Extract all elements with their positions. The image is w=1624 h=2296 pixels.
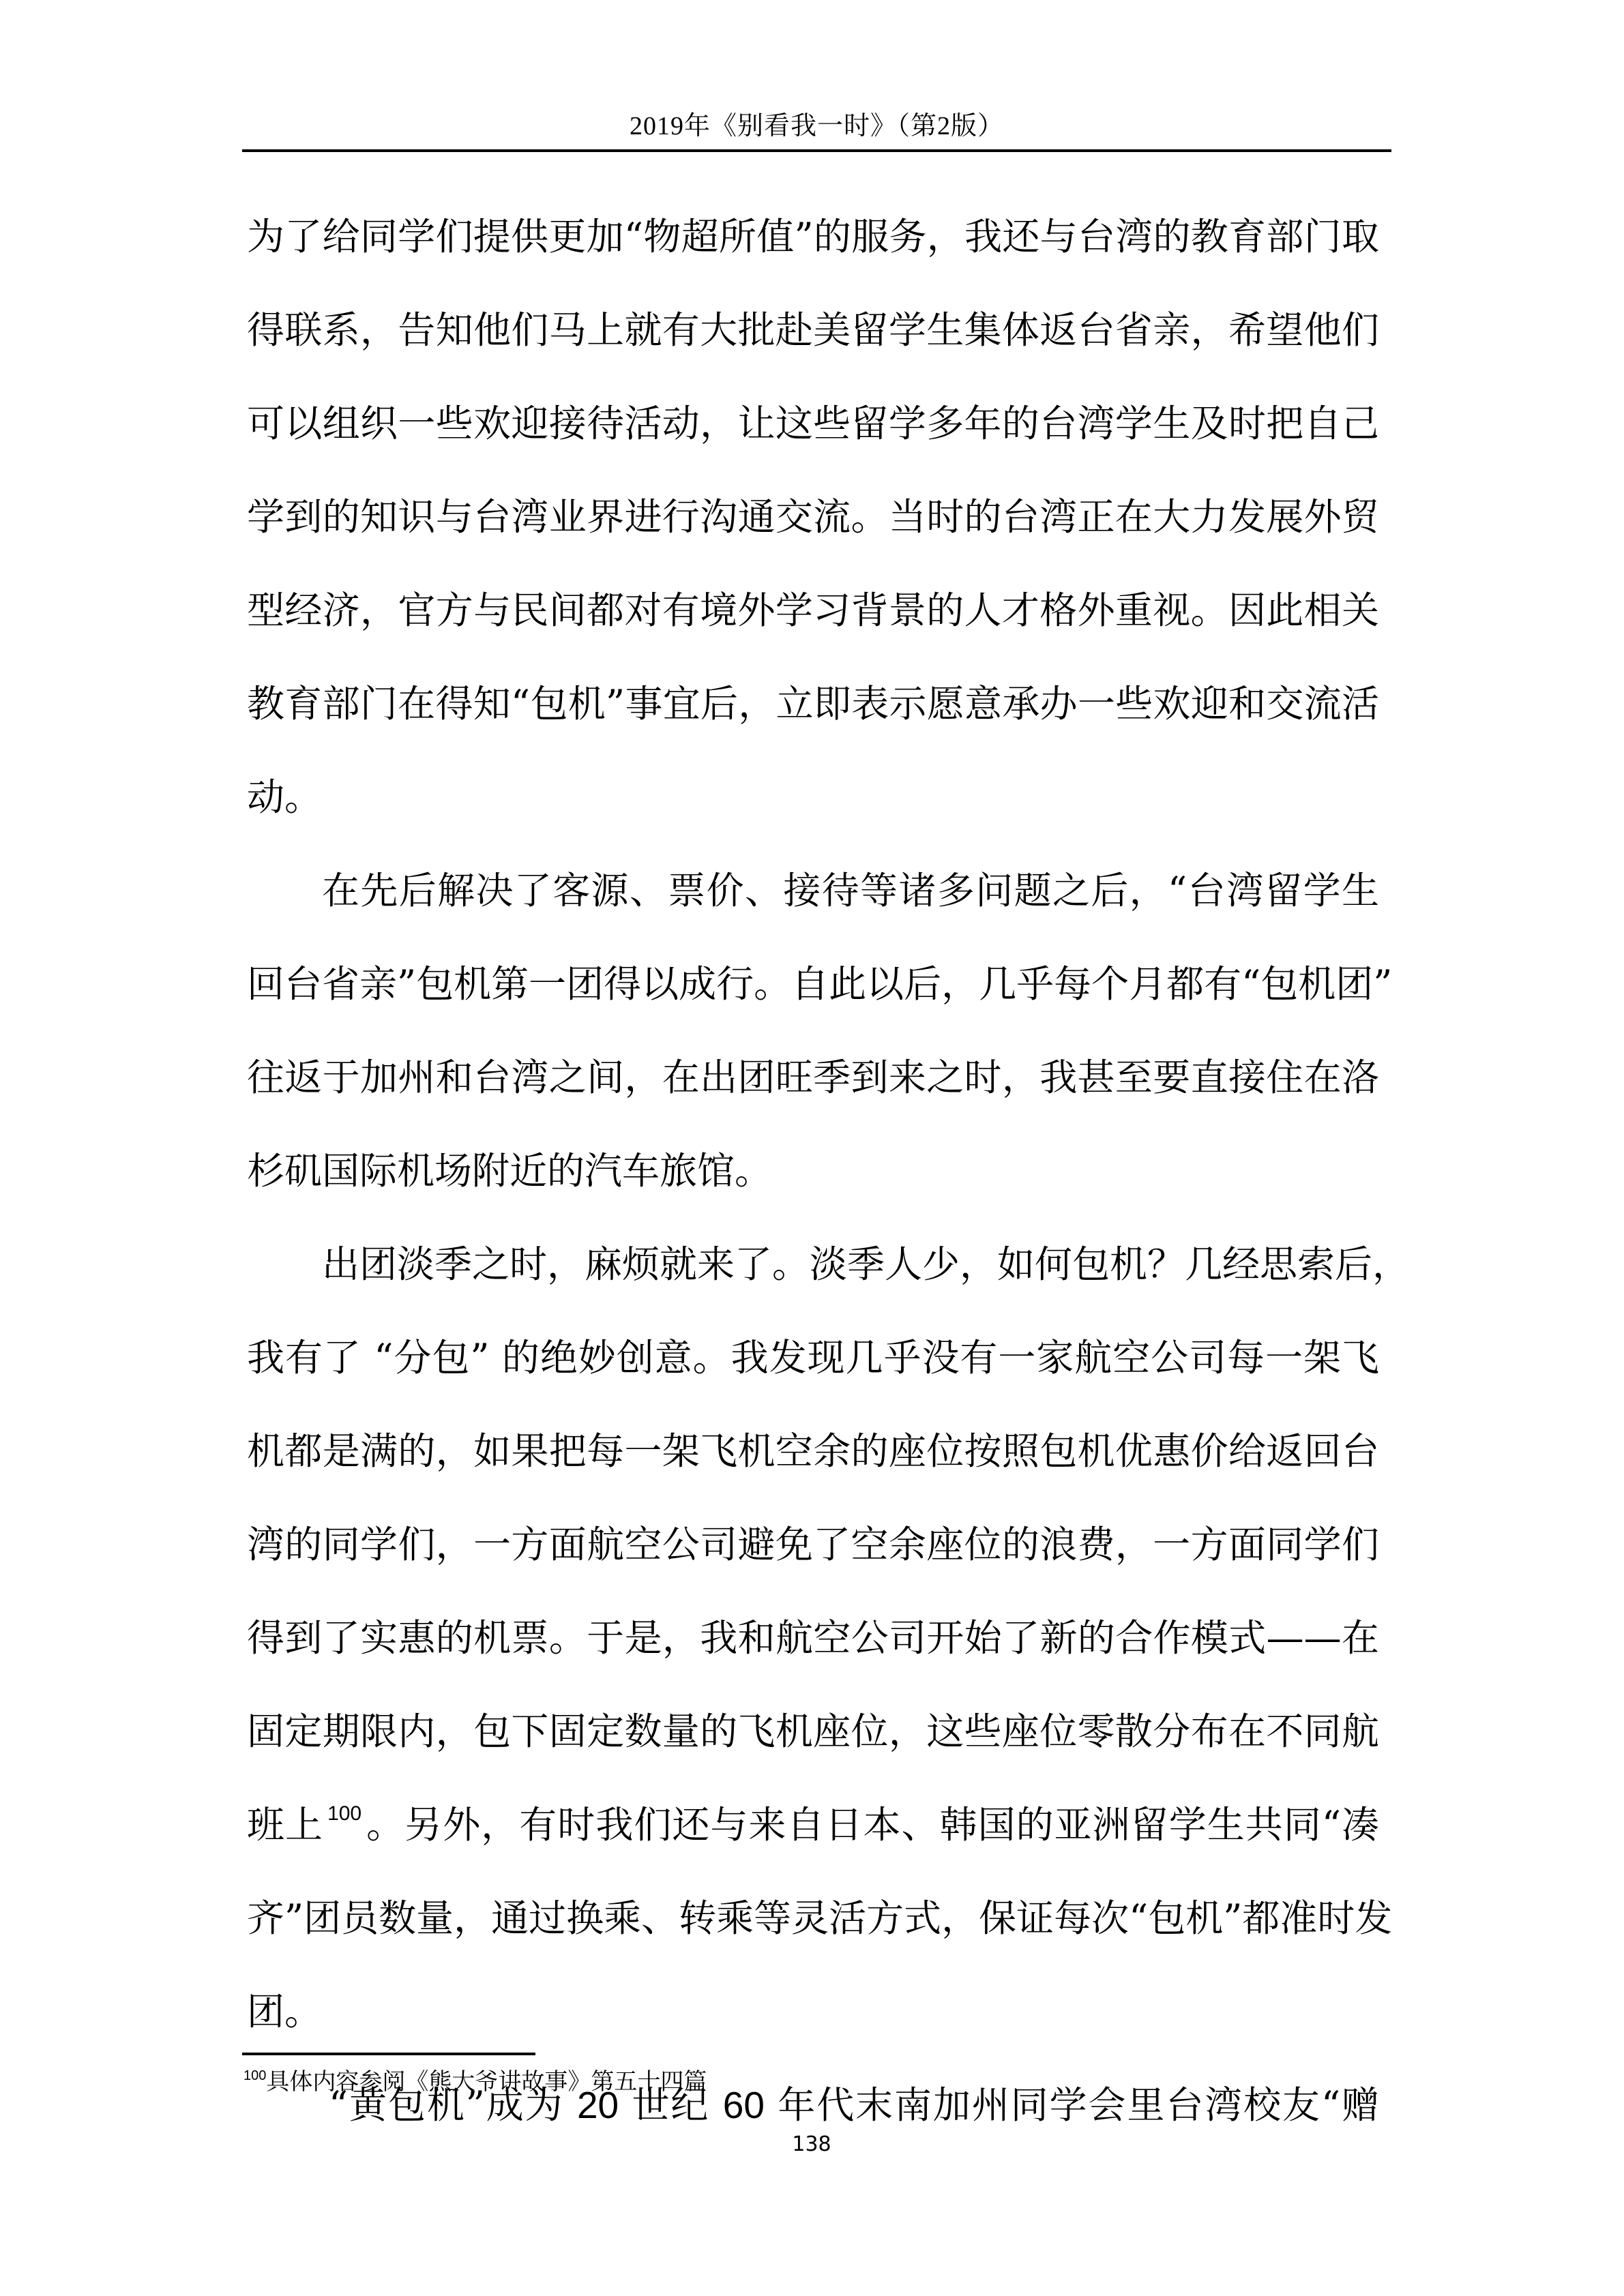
page-number: 138 [771, 2131, 853, 2158]
text-line: 在先后解决了客源、票价、接待等诸多问题之后，“台湾留学生 [247, 867, 1379, 960]
header-rule [242, 149, 1391, 152]
footnote-separator [242, 2053, 535, 2055]
text-line: 回台省亲”包机第一团得以成行。自此以后，几乎每个月都有“包机团” [247, 960, 1379, 1054]
paragraph-3: 出团淡季之时，麻烦就来了。淡季人少，如何包机？几经思索后， 我有了 “分包” 的… [247, 1240, 1379, 2081]
text-span: 。另外，有时我们还与来自日本、韩国的亚洲留学生共同“凑 [366, 1803, 1379, 1847]
body-text: 为了给同学们提供更加“物超所值”的服务，我还与台湾的教育部门取 得联系，告知他们… [247, 213, 1379, 2175]
running-header: 2019年《别看我一时》（第2版） [242, 109, 1391, 143]
text-line: 得到了实惠的机票。于是，我和航空公司开始了新的合作模式——在 [247, 1614, 1379, 1708]
text-line: 机都是满的，如果把每一架飞机空余的座位按照包机优惠价给返回台 [247, 1427, 1379, 1521]
text-line: 往返于加州和台湾之间，在出团旺季到来之时，我甚至要直接住在洛 [247, 1054, 1379, 1147]
text-line: 得联系，告知他们马上就有大批赴美留学生集体返台省亲，希望他们 [247, 306, 1379, 400]
footnote-text: 具体内容参阅《熊大爷讲故事》第五十四篇 [266, 2068, 707, 2096]
paragraph-2: 在先后解决了客源、票价、接待等诸多问题之后，“台湾留学生 回台省亲”包机第一团得… [247, 867, 1379, 1240]
text-line: 我有了 “分包” 的绝妙创意。我发现几乎没有一家航空公司每一架飞 [247, 1334, 1379, 1427]
text-span: 班上 [247, 1803, 323, 1847]
paragraph-1: 为了给同学们提供更加“物超所值”的服务，我还与台湾的教育部门取 得联系，告知他们… [247, 213, 1379, 867]
number-span: 60 [723, 2084, 765, 2126]
text-line: 动。 [247, 773, 1379, 867]
footnote-mark: 100 [243, 2068, 266, 2083]
text-line: 教育部门在得知“包机”事宜后，立即表示愿意承办一些欢迎和交流活 [247, 680, 1379, 773]
text-line: 型经济，官方与民间都对有境外学习背景的人才格外重视。因此相关 [247, 586, 1379, 680]
text-line: 固定期限内，包下固定数量的飞机座位，这些座位零散分布在不同航 [247, 1708, 1379, 1801]
text-line: 可以组织一些欢迎接待活动，让这些留学多年的台湾学生及时把自己 [247, 400, 1379, 493]
text-line: 杉矶国际机场附近的汽车旅馆。 [247, 1147, 1379, 1240]
footnote-reference[interactable]: 100 [323, 1802, 366, 1825]
text-span: 年代末南加州同学会里台湾校友“赠 [778, 2083, 1379, 2127]
text-line: 学到的知识与台湾业界进行沟通交流。当时的台湾正在大力发展外贸 [247, 493, 1379, 586]
footnote: 100具体内容参阅《熊大爷讲故事》第五十四篇 [243, 2065, 707, 2099]
text-line: 湾的同学们，一方面航空公司避免了空余座位的浪费，一方面同学们 [247, 1521, 1379, 1614]
text-line: 出团淡季之时，麻烦就来了。淡季人少，如何包机？几经思索后， [247, 1240, 1379, 1334]
text-line-with-footnote: 班上100。另外，有时我们还与来自日本、韩国的亚洲留学生共同“凑 [247, 1801, 1379, 1894]
text-line: 为了给同学们提供更加“物超所值”的服务，我还与台湾的教育部门取 [247, 213, 1379, 306]
text-line: 齐”团员数量，通过换乘、转乘等灵活方式，保证每次“包机”都准时发 [247, 1894, 1379, 1988]
